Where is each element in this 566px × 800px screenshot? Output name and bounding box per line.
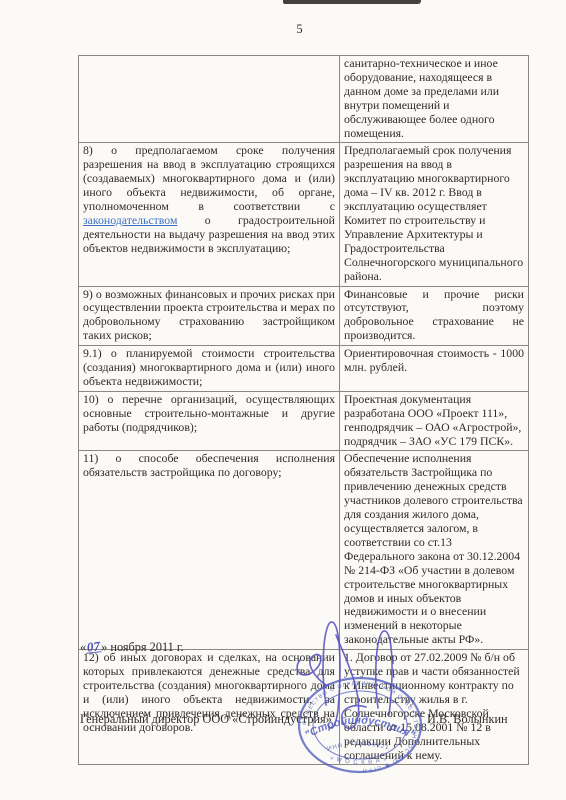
table-cell-answer: санитарно-техническое и иное оборудовани…	[340, 56, 529, 143]
table-cell-question: 8) о предполагаемом сроке получения разр…	[79, 143, 340, 286]
table-cell-question: 11) о способе обеспечения исполнения обя…	[79, 451, 340, 650]
table-cell-question: 10) о перечне организаций, осуществляющи…	[79, 391, 340, 451]
table-cell-answer: Предполагаемый срок получения разрешения…	[340, 143, 529, 286]
table-row: 8) о предполагаемом сроке получения разр…	[79, 143, 529, 286]
signatory-name: И.В. Волынкин	[427, 712, 508, 727]
table-cell-answer: Финансовые и прочие риски отсутствуют, п…	[340, 286, 529, 346]
signature-block: Генеральный директор ООО «Стройиндустрия…	[80, 712, 540, 727]
scan-artifact-band	[283, 0, 421, 4]
page-number: 5	[0, 22, 566, 37]
signatory-title: Генеральный директор ООО «Стройиндустрия…	[80, 712, 332, 726]
document-date: «07» ноября 2011 г.	[80, 640, 184, 655]
table-row: 10) о перечне организаций, осуществляющи…	[79, 391, 529, 451]
declaration-table: санитарно-техническое и иное оборудовани…	[78, 55, 529, 765]
handwritten-day: 07	[86, 641, 102, 654]
table-row: 9.1) о планируемой стоимости строительст…	[79, 346, 529, 392]
table-cell-question	[79, 56, 340, 143]
table-cell-answer: Ориентировочная стоимость - 1000 млн. ру…	[340, 346, 529, 392]
legislation-link[interactable]: законодательством	[83, 213, 177, 227]
table-row: 11) о способе обеспечения исполнения обя…	[79, 451, 529, 650]
table-cell-question: 9) о возможных финансовых и прочих риска…	[79, 286, 340, 346]
table-cell-question: 9.1) о планируемой стоимости строительст…	[79, 346, 340, 392]
table-cell-answer: Обеспечение исполнения обязательств Заст…	[340, 451, 529, 650]
table-cell-answer: Проектная документация разработана ООО «…	[340, 391, 529, 451]
table-cell-question: 12) об иных договорах и сделках, на осно…	[79, 650, 340, 765]
table-row: 9) о возможных финансовых и прочих риска…	[79, 286, 529, 346]
table-row: санитарно-техническое и иное оборудовани…	[79, 56, 529, 143]
table-cell-answer: 1. Договор от 27.02.2009 № б/н об уступк…	[340, 650, 529, 765]
date-rest: » ноября 2011 г.	[101, 640, 183, 654]
question-text: 8) о предполагаемом сроке получения разр…	[83, 143, 335, 213]
scanned-document-page: { "page": { "number": "5", "date_open_qu…	[0, 0, 566, 800]
table-row: 12) об иных договорах и сделках, на осно…	[79, 650, 529, 765]
